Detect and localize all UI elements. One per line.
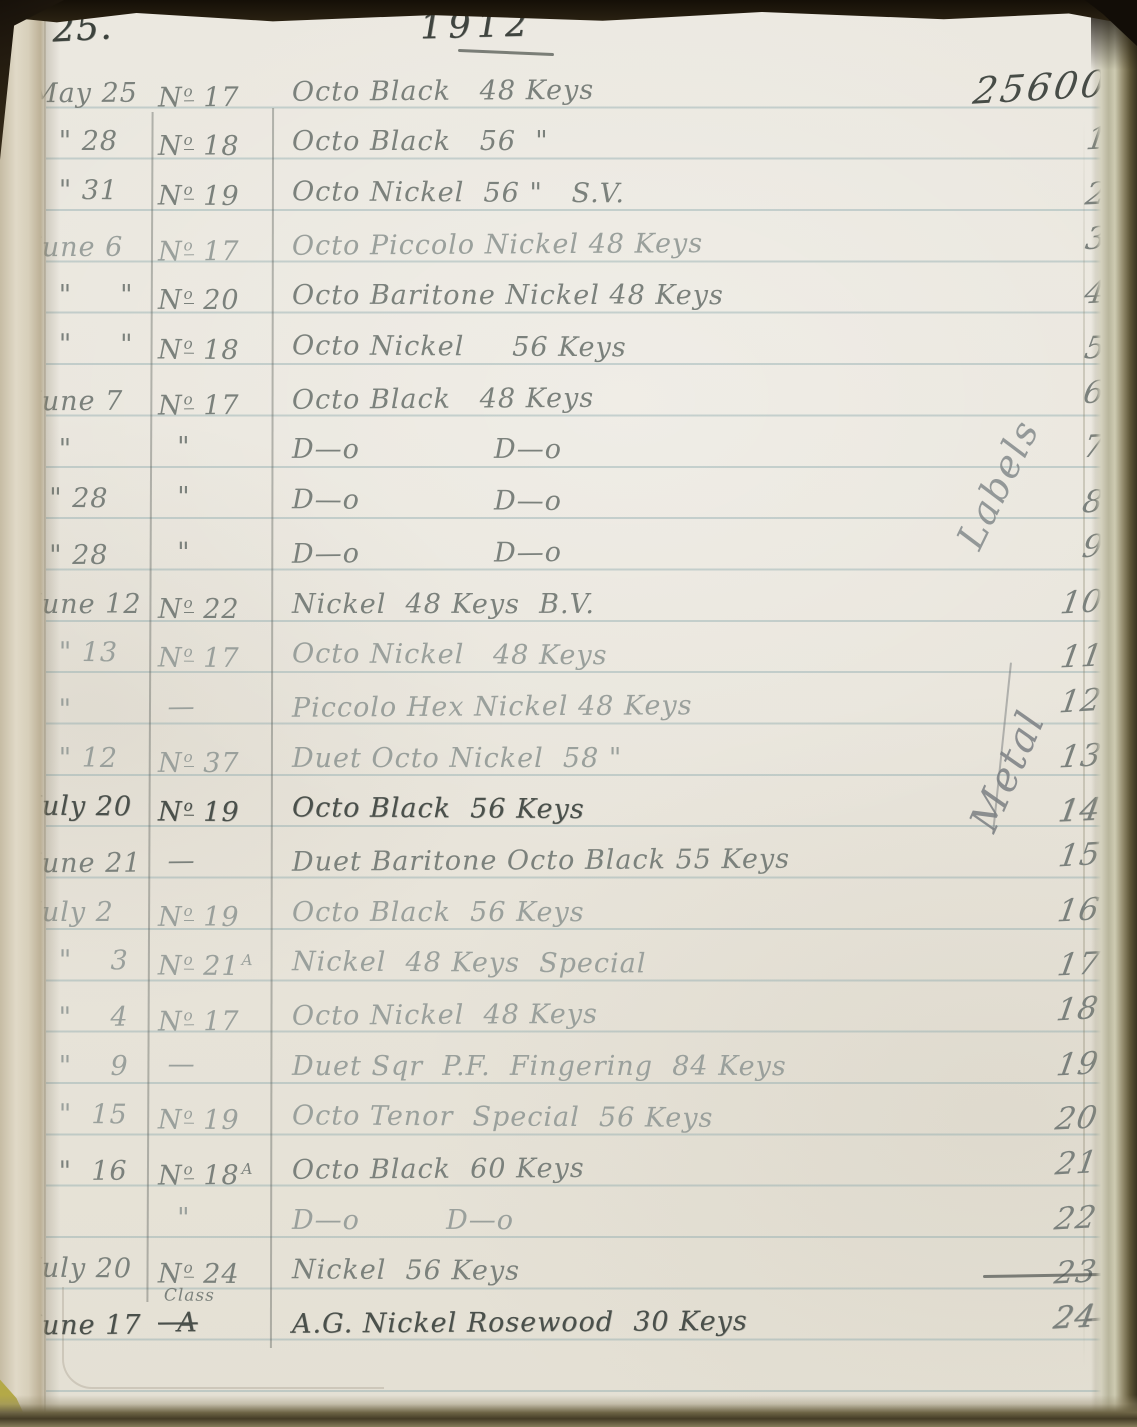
- entry-description: Octo Tenor Special 56 Keys: [292, 1091, 714, 1144]
- entry-serial-number: 19: [953, 1038, 1102, 1095]
- entry-serial-number: 24: [950, 1292, 1099, 1350]
- ledger-row: " "No 20Octo Baritone Nickel 48 Keys4: [0, 271, 1137, 323]
- entry-description: Octo Nickel 56 " S.V.: [292, 167, 625, 219]
- entry-description: D—o D—o: [292, 475, 562, 527]
- ledger-row: July 20No 24ClassNickel 56 Keys23: [0, 1244, 1137, 1303]
- entry-model-no: ": [158, 538, 191, 568]
- entry-model-no: —: [158, 847, 196, 877]
- entry-description: D—o D—o: [292, 528, 562, 580]
- ledger-row: " 15No 19Octo Tenor Special 56 Keys20: [0, 1090, 1137, 1149]
- entry-model-no: No 18A: [158, 1154, 254, 1192]
- ledger-row: June 7No 17Octo Black 48 Keys6: [0, 371, 1137, 430]
- entry-model-no: No 18: [158, 328, 240, 365]
- ledger-row: " —Piccolo Hex Nickel 48 Keys12: [0, 679, 1137, 738]
- ledger-row: "D—o D—o22: [0, 1196, 1137, 1248]
- entry-description: Octo Black 48 Keys: [292, 66, 595, 118]
- entry-serial-number: 22: [951, 1192, 1100, 1249]
- entry-description: Duet Baritone Octo Black 55 Keys: [292, 835, 790, 888]
- ledger-row: " 31No 19Octo Nickel 56 " S.V.2: [0, 165, 1137, 224]
- entry-serial-number: 21: [952, 1137, 1101, 1195]
- entry-description: Octo Black 56 ": [292, 117, 549, 167]
- entry-model-no: No 19: [158, 896, 240, 933]
- ledger-row: " 4No 17Octo Nickel 48 Keys18: [0, 987, 1137, 1046]
- entry-model-no: No 19: [158, 1098, 240, 1135]
- entry-serial-number: 25600: [962, 59, 1111, 117]
- entry-description: Octo Nickel 48 Keys: [292, 629, 608, 681]
- entry-model-no: No 19: [158, 790, 240, 827]
- entry-description: Duet Sqr P.F. Fingering 84 Keys: [292, 1042, 787, 1092]
- entry-description: Piccolo Hex Nickel 48 Keys: [292, 681, 693, 733]
- ledger-row: " "No 18Octo Nickel 56 Keys5: [0, 319, 1137, 378]
- ledger-row: June 17 AA.G. Nickel Rosewood 30 Keys24: [0, 1295, 1137, 1354]
- entry-model-no: ": [158, 482, 191, 512]
- entry-model-no: No 24Class: [158, 1253, 240, 1304]
- entry-model-no: No 19: [158, 174, 240, 211]
- entry-description: D—o D—o: [292, 425, 562, 475]
- entry-description: Octo Nickel 48 Keys: [292, 990, 598, 1042]
- entry-model-no: No 17: [158, 384, 240, 421]
- ledger-row: June 6No 17Octo Piccolo Nickel 48 Keys3: [0, 217, 1137, 276]
- entry-description: D—o D—o: [292, 1196, 514, 1246]
- year-underline-stroke: [458, 49, 554, 56]
- entry-description: Nickel 56 Keys: [292, 1245, 520, 1296]
- entry-serial-number: 4: [960, 268, 1109, 325]
- entry-description: Octo Black 56 Keys: [292, 888, 585, 938]
- entry-description: Octo Black 56 Keys: [292, 783, 585, 835]
- entry-model-no: —: [158, 692, 196, 722]
- entry-description: Nickel 48 Keys Special: [292, 937, 647, 989]
- entry-serial-number: 16: [954, 884, 1103, 941]
- gutter-shadow: [44, 0, 60, 1427]
- ledger-row: " 12No 37Duet Octo Nickel 58 "13: [0, 734, 1137, 786]
- entry-serial-number: 10: [957, 576, 1106, 633]
- left-page-edge: [0, 0, 46, 1427]
- top-binding-edge: [0, 0, 1137, 26]
- entry-serial-number: 1: [962, 114, 1111, 171]
- entry-description: Octo Nickel 56 Keys: [292, 321, 627, 373]
- entry-model-no: No 17: [158, 76, 240, 113]
- entry-model-no: No 17: [158, 230, 240, 267]
- ledger-row: July 2No 19Octo Black 56 Keys16: [0, 888, 1137, 940]
- entry-model-no: A: [158, 1309, 198, 1339]
- entry-serial-number: 3: [961, 213, 1110, 271]
- ledger-row: June 12No 22Nickel 48 Keys B.V.10: [0, 580, 1137, 632]
- entry-model-no: ": [158, 1204, 191, 1234]
- ledger-row: " 16No 18AOcto Black 60 Keys21: [0, 1141, 1137, 1200]
- entry-serial-number: 18: [953, 983, 1102, 1041]
- ledger-page: 25. 1912 May 25No 17Octo Black 48 Keys25…: [0, 0, 1137, 1427]
- entry-description: A.G. Nickel Rosewood 30 Keys: [292, 1297, 748, 1350]
- ledger-row: " 28No 18Octo Black 56 "1: [0, 117, 1137, 169]
- entry-model-no: No 17: [158, 636, 240, 673]
- entry-model-no: —: [158, 1050, 196, 1080]
- entry-description: Nickel 48 Keys B.V.: [292, 580, 595, 630]
- entry-model-no: ": [158, 433, 191, 463]
- entry-description: Octo Black 60 Keys: [292, 1144, 585, 1196]
- ledger-row: " 13No 17Octo Nickel 48 Keys11: [0, 627, 1137, 686]
- entry-model-no: No 22: [158, 588, 240, 625]
- bottom-book-edge: [0, 1395, 1137, 1427]
- entry-model-no: No 17: [158, 1000, 240, 1037]
- entry-description: Duet Octo Nickel 58 ": [292, 734, 622, 784]
- entry-model-no: No 20: [158, 279, 240, 316]
- ledger-row: May 25No 17Octo Black 48 Keys25600: [0, 63, 1137, 122]
- entry-description: Octo Black 48 Keys: [292, 374, 595, 426]
- entry-model-no: No 21A: [158, 944, 254, 982]
- entry-description: Octo Piccolo Nickel 48 Keys: [292, 219, 703, 272]
- entry-model-no: No 18: [158, 125, 240, 162]
- entry-description: Octo Baritone Nickel 48 Keys: [292, 271, 724, 321]
- right-page-stack-edge: [1091, 0, 1137, 1427]
- ledger-row: " "D—o D—o7: [0, 425, 1137, 477]
- ledger-row: " 9 —Duet Sqr P.F. Fingering 84 Keys19: [0, 1042, 1137, 1094]
- ledger-row: " 3No 21ANickel 48 Keys Special17: [0, 935, 1137, 994]
- entry-model-no: No 37: [158, 742, 240, 779]
